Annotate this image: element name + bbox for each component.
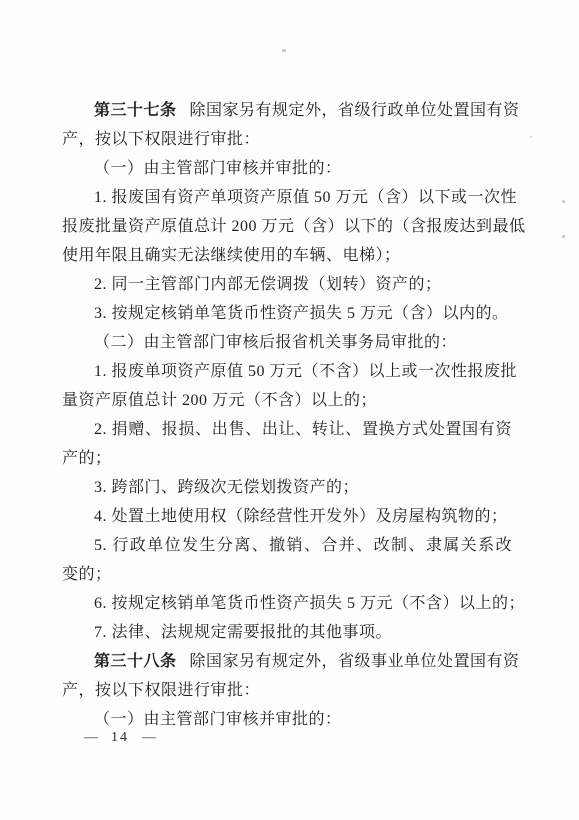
text-line: 3. 跨部门、跨级次无偿划拨资产的； <box>62 473 512 502</box>
text-line: 7. 法律、法规规定需要报批的其他事项。 <box>62 618 512 647</box>
text-line: 变的； <box>62 560 512 589</box>
article-text: 除国家另有规定外，省级事业单位处置国有资 <box>190 653 520 670</box>
text-line: 量资产原值总计 200 万元（不含）以上的； <box>62 386 512 415</box>
scan-speck <box>530 136 532 138</box>
text-line: 1. 报废单项资产原值 50 万元（不含）以上或一次性报废批 <box>62 357 512 386</box>
article-number: 第三十七条 <box>94 102 177 119</box>
text-line: 第三十八条除国家另有规定外，省级事业单位处置国有资 <box>62 647 512 676</box>
scan-speck <box>562 235 565 238</box>
footer-dash-right: — <box>142 730 156 746</box>
text-line: 使用年限且确实无法继续使用的车辆、电梯）； <box>62 241 512 270</box>
scanned-document-page: 第三十七条除国家另有规定外，省级行政单位处置国有资产，按以下权限进行审批：（一）… <box>0 0 579 820</box>
text-line: 产，按以下权限进行审批： <box>62 125 512 154</box>
footer-dash-left: — <box>84 730 98 746</box>
text-line: 产，按以下权限进行审批： <box>62 676 512 705</box>
text-line: 1. 报废国有资产单项资产原值 50 万元（含）以下或一次性 <box>62 183 512 212</box>
text-line: 6. 按规定核销单笔货币性资产损失 5 万元（不含）以上的； <box>62 589 512 618</box>
text-line: （一）由主管部门审核并审批的： <box>62 154 512 183</box>
text-line: （二）由主管部门审核后报省机关事务局审批的： <box>62 328 512 357</box>
text-line: 产的； <box>62 444 512 473</box>
text-line: 报废批量资产原值总计 200 万元（含）以下的（含报废达到最低 <box>62 212 512 241</box>
article-text: 除国家另有规定外，省级行政单位处置国有资 <box>190 102 520 119</box>
text-line: 5. 行政单位发生分离、撤销、合并、改制、隶属关系改 <box>62 531 512 560</box>
text-line: 2. 同一主管部门内部无偿调拨（划转）资产的； <box>62 270 512 299</box>
scan-speck <box>562 200 565 203</box>
text-line: 4. 处置土地使用权（除经营性开发外）及房屋构筑物的； <box>62 502 512 531</box>
article-number: 第三十八条 <box>94 653 177 670</box>
scan-speck <box>282 49 286 52</box>
page-footer: — 14 — <box>84 730 156 746</box>
page-number: 14 <box>111 730 129 746</box>
document-body-lines: 第三十七条除国家另有规定外，省级行政单位处置国有资产，按以下权限进行审批：（一）… <box>62 96 512 734</box>
text-line: 第三十七条除国家另有规定外，省级行政单位处置国有资 <box>62 96 512 125</box>
text-line: 3. 按规定核销单笔货币性资产损失 5 万元（含）以内的。 <box>62 299 512 328</box>
text-line: 2. 捐赠、报损、出售、出让、转让、置换方式处置国有资 <box>62 415 512 444</box>
